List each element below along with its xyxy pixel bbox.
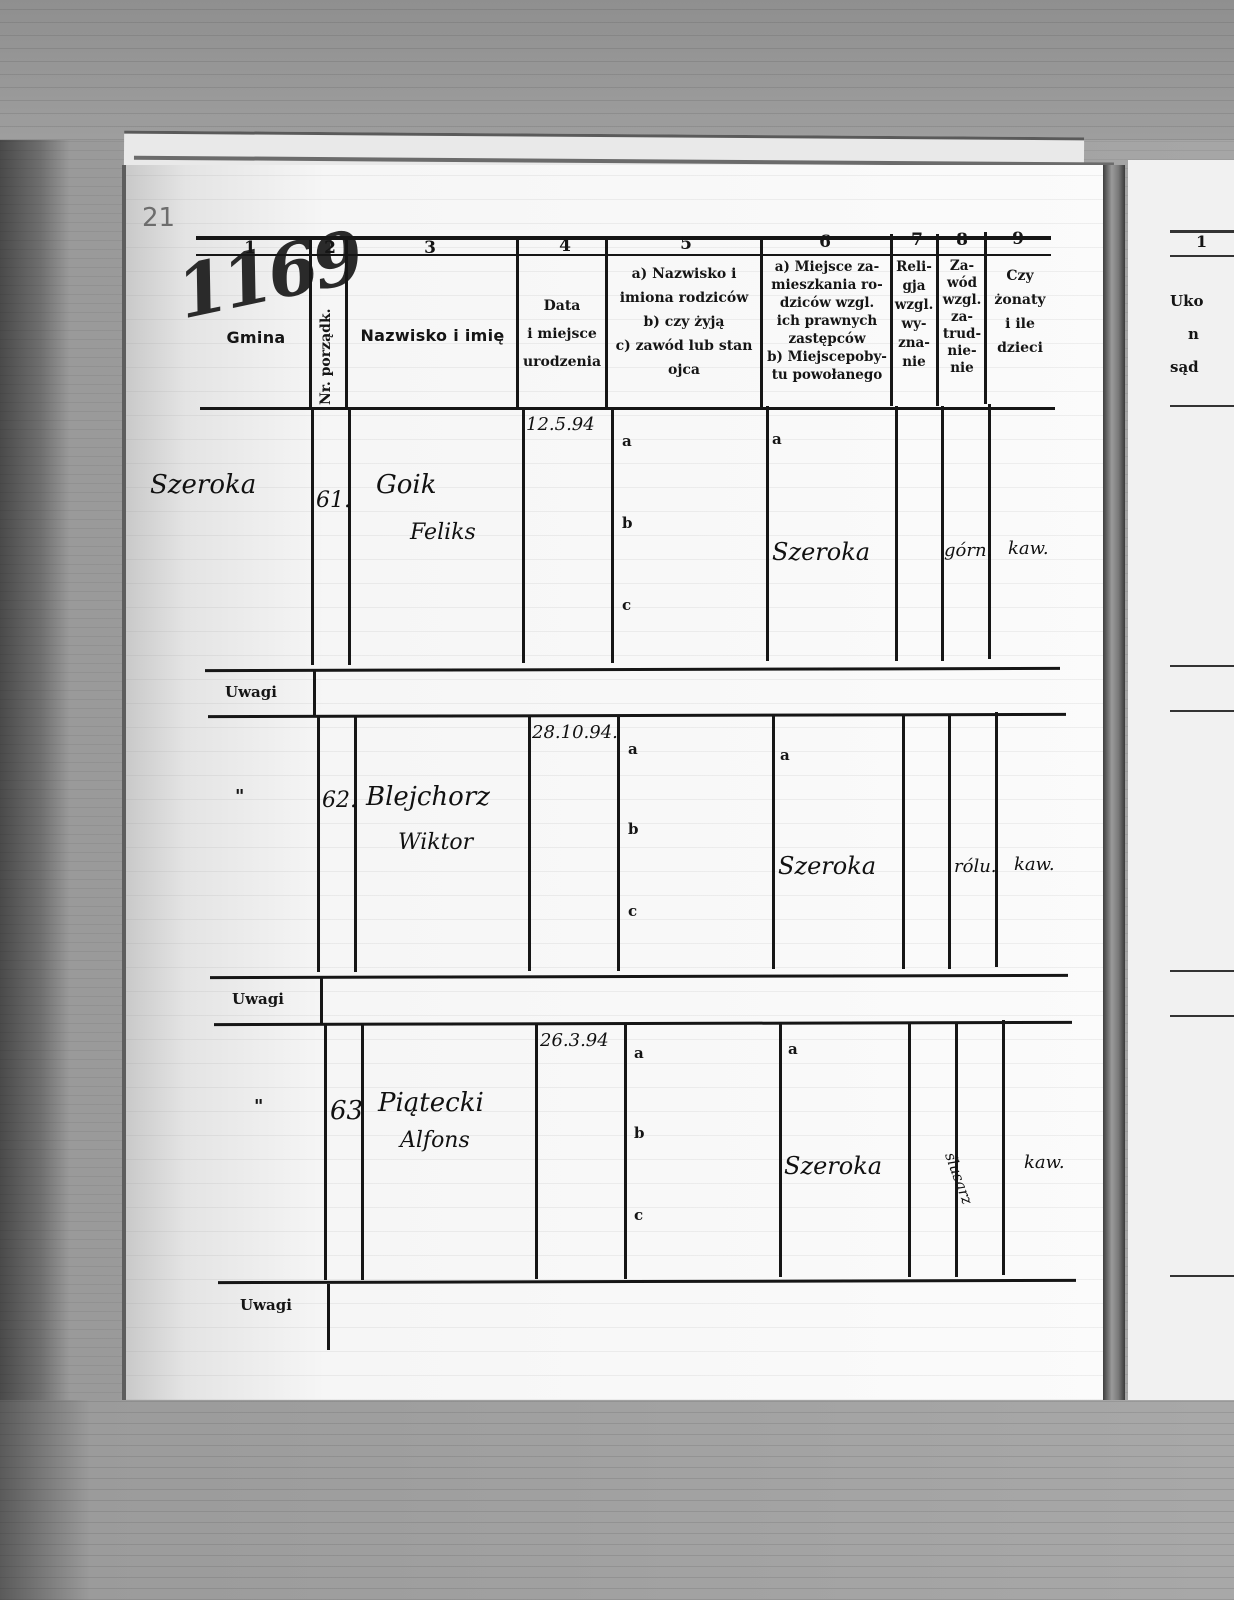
header-gmina: Gmina bbox=[216, 328, 296, 347]
entry-given-name: Feliks bbox=[410, 520, 476, 545]
column-divider bbox=[528, 716, 531, 971]
header-line: ojca bbox=[606, 358, 762, 382]
header-line: wód bbox=[938, 275, 986, 292]
entry-given-name: Wiktor bbox=[398, 830, 473, 855]
remarks-label: Uwagi bbox=[232, 990, 284, 1008]
header-line: żonaty bbox=[986, 288, 1054, 312]
header-line: ich prawnych bbox=[762, 312, 892, 330]
entry-marital-status: kaw. bbox=[1014, 854, 1055, 875]
facing-page-rule bbox=[1170, 1015, 1234, 1017]
header-line: dzieci bbox=[986, 336, 1054, 360]
header-line: i ile bbox=[986, 312, 1054, 336]
facing-page-header-fragment: Uko bbox=[1170, 292, 1203, 310]
facing-page-rule bbox=[1170, 665, 1234, 667]
column-divider bbox=[941, 406, 944, 661]
column-number: 4 bbox=[555, 236, 575, 256]
facing-page-rule bbox=[1170, 710, 1234, 712]
column-number: 3 bbox=[420, 238, 440, 258]
remarks-label: Uwagi bbox=[240, 1296, 292, 1314]
column-divider bbox=[1002, 1020, 1005, 1275]
sublabel-b: b bbox=[628, 820, 639, 838]
header-line: imiona rodziców bbox=[606, 286, 762, 310]
facing-page-column-number: 1 bbox=[1196, 232, 1207, 251]
header-nr-porzadkowy: Nr. porządk. bbox=[318, 275, 338, 405]
header-data-urodzenia: Data i miejsce urodzenia bbox=[518, 292, 606, 376]
header-line: urodzenia bbox=[518, 348, 606, 376]
column-divider bbox=[354, 717, 357, 972]
facing-page-header-fragment: n bbox=[1188, 325, 1199, 343]
column-divider bbox=[361, 1025, 364, 1280]
remarks-label: Uwagi bbox=[225, 683, 277, 701]
header-line: Czy bbox=[986, 264, 1054, 288]
column-number: 5 bbox=[676, 234, 696, 254]
scanner-background-top bbox=[0, 0, 1234, 140]
sublabel-a: a bbox=[634, 1044, 644, 1062]
column-divider bbox=[624, 1024, 627, 1279]
entry-birth-date: 26.3.94 bbox=[540, 1030, 609, 1051]
column-divider bbox=[522, 408, 525, 663]
header-line: dziców wzgl. bbox=[762, 294, 892, 312]
remarks-divider bbox=[313, 671, 316, 717]
entry-given-name: Alfons bbox=[400, 1128, 470, 1153]
entry-residence: Szeroka bbox=[772, 538, 870, 566]
sublabel-b: b bbox=[634, 1124, 645, 1142]
header-line: i miejsce bbox=[518, 320, 606, 348]
header-rodzice: a) Nazwisko i imiona rodziców b) czy żyj… bbox=[606, 262, 762, 382]
entry-gmina: Szeroka bbox=[150, 470, 256, 500]
facing-page-header-fragment: sąd bbox=[1170, 358, 1199, 376]
header-nazwisko-imie: Nazwisko i imię bbox=[350, 326, 515, 345]
header-line: Reli- bbox=[891, 258, 937, 277]
header-line: nie bbox=[891, 353, 937, 372]
entry-surname: Blejchorz bbox=[366, 782, 490, 812]
header-line: Data bbox=[518, 292, 606, 320]
column-number: 9 bbox=[1008, 229, 1028, 249]
facing-page-rule bbox=[1170, 255, 1234, 257]
column-number: 7 bbox=[907, 230, 927, 250]
sublabel-a: a bbox=[788, 1040, 798, 1058]
header-line: nie- bbox=[938, 343, 986, 360]
sublabel-a: a bbox=[622, 432, 632, 450]
entry-marital-status: kaw. bbox=[1024, 1152, 1065, 1173]
book-spine bbox=[1103, 165, 1125, 1400]
column-number: 6 bbox=[815, 232, 835, 252]
scanner-background-bottom bbox=[0, 1400, 1234, 1600]
sublabel-c: c bbox=[628, 902, 637, 920]
entry-surname: Goik bbox=[376, 470, 437, 500]
entry-number: 61. bbox=[316, 488, 351, 513]
sublabel-c: c bbox=[634, 1206, 643, 1224]
header-zawod: Za- wód wzgl. za- trud- nie- nie bbox=[938, 258, 986, 377]
entry-occupation: rólu. bbox=[954, 856, 997, 877]
pencil-page-number: 21 bbox=[142, 203, 175, 233]
header-line: wzgl. bbox=[891, 296, 937, 315]
header-line: zastępców bbox=[762, 330, 892, 348]
header-line: wy- bbox=[891, 315, 937, 334]
header-line: mieszkania ro- bbox=[762, 276, 892, 294]
header-line: a) Miejsce za- bbox=[762, 258, 892, 276]
column-number: 1 bbox=[240, 238, 260, 258]
facing-page-rule bbox=[1170, 970, 1234, 972]
column-divider bbox=[772, 714, 775, 969]
sublabel-a: a bbox=[628, 740, 638, 758]
facing-page-rule bbox=[1170, 1275, 1234, 1277]
column-number: 8 bbox=[952, 230, 972, 250]
column-divider bbox=[611, 408, 614, 663]
header-zonaty: Czy żonaty i ile dzieci bbox=[986, 264, 1054, 360]
header-line: gja bbox=[891, 277, 937, 296]
column-divider bbox=[766, 406, 769, 661]
column-divider bbox=[311, 410, 314, 665]
remarks-divider bbox=[327, 1284, 330, 1350]
column-divider bbox=[948, 714, 951, 969]
header-line: nie bbox=[938, 360, 986, 377]
entry-number: 63 bbox=[330, 1096, 363, 1126]
header-line: a) Nazwisko i bbox=[606, 262, 762, 286]
header-miejsce-zamieszkania: a) Miejsce za- mieszkania ro- dziców wzg… bbox=[762, 258, 892, 384]
column-divider bbox=[348, 410, 351, 665]
header-line: b) czy żyją bbox=[606, 310, 762, 334]
header-line: c) zawód lub stan bbox=[606, 334, 762, 358]
column-divider bbox=[908, 1022, 911, 1277]
entry-gmina-ditto: " bbox=[235, 786, 244, 807]
column-divider bbox=[617, 716, 620, 971]
sublabel-b: b bbox=[622, 514, 633, 532]
entry-birth-date: 12.5.94 bbox=[526, 414, 595, 435]
column-divider bbox=[995, 712, 998, 967]
header-line: wzgl. bbox=[938, 292, 986, 309]
facing-page-fragment: 1 Uko n sąd bbox=[1128, 160, 1234, 1400]
entry-surname: Piątecki bbox=[378, 1088, 484, 1118]
column-number: 2 bbox=[320, 238, 340, 258]
entry-residence: Szeroka bbox=[784, 1152, 882, 1180]
sublabel-c: c bbox=[622, 596, 631, 614]
header-line: za- bbox=[938, 309, 986, 326]
column-divider bbox=[309, 240, 312, 410]
header-line: trud- bbox=[938, 326, 986, 343]
column-divider bbox=[902, 714, 905, 969]
column-divider bbox=[535, 1024, 538, 1279]
header-religia: Reli- gja wzgl. wy- zna- nie bbox=[891, 258, 937, 372]
entry-number: 62. bbox=[322, 788, 357, 813]
header-line: zna- bbox=[891, 334, 937, 353]
entry-residence: Szeroka bbox=[778, 852, 876, 880]
entry-gmina-ditto: " bbox=[254, 1096, 263, 1117]
header-line: b) Miejscepoby- bbox=[762, 348, 892, 366]
remarks-divider bbox=[320, 978, 323, 1024]
facing-page-rule bbox=[1170, 405, 1234, 407]
column-divider bbox=[895, 406, 898, 661]
column-divider bbox=[345, 240, 348, 410]
header-line: Za- bbox=[938, 258, 986, 275]
entry-occupation: górn. bbox=[944, 540, 992, 561]
sublabel-a: a bbox=[772, 430, 782, 448]
entry-marital-status: kaw. bbox=[1008, 538, 1049, 559]
sublabel-a: a bbox=[780, 746, 790, 764]
column-divider bbox=[317, 717, 320, 972]
column-divider bbox=[988, 404, 991, 659]
header-line: tu powołanego bbox=[762, 366, 892, 384]
column-divider bbox=[324, 1025, 327, 1280]
column-divider bbox=[779, 1022, 782, 1277]
header-bottom-rule bbox=[200, 407, 1055, 410]
entry-birth-date: 28.10.94. bbox=[532, 722, 618, 743]
